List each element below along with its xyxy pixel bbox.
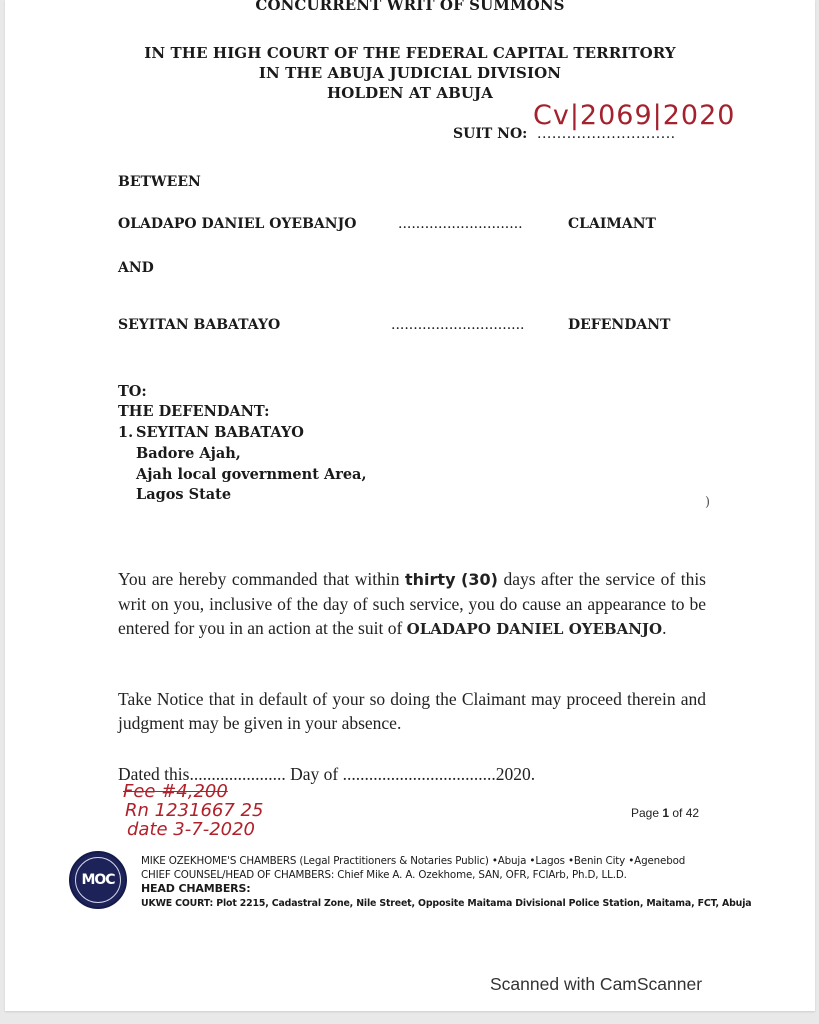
dated-dots-month: ................................... xyxy=(343,764,496,784)
document-page: CONCURRENT WRIT OF SUMMONS IN THE HIGH C… xyxy=(5,0,815,1011)
court-line-1: IN THE HIGH COURT OF THE FEDERAL CAPITAL… xyxy=(5,44,815,62)
address-line-2: Ajah local government Area, xyxy=(136,466,367,483)
stray-pen-mark: ) xyxy=(705,495,710,510)
defendant-role: DEFENDANT xyxy=(568,317,670,333)
defendant-dots: .............................. xyxy=(391,317,525,333)
claimant-role: CLAIMANT xyxy=(568,216,656,232)
to-label: TO: xyxy=(118,383,147,400)
notice-paragraph: Take Notice that in default of your so d… xyxy=(118,687,706,735)
claimant-dots: ............................ xyxy=(398,216,523,232)
command-paragraph: You are hereby commanded that within thi… xyxy=(118,567,706,641)
claimant-name-inline: OLADAPO DANIEL OYEBANJO xyxy=(407,620,662,638)
dated-year: 2020. xyxy=(496,764,535,784)
defendant-heading: THE DEFENDANT: xyxy=(118,403,270,420)
defendant-name: SEYITAN BABATAYO xyxy=(118,317,280,333)
logo-emblem-icon: MOC xyxy=(75,857,121,903)
page-middle: of xyxy=(669,806,686,820)
dated-middle: Day of xyxy=(286,764,343,784)
and-label: AND xyxy=(118,260,154,276)
document-title: CONCURRENT WRIT OF SUMMONS xyxy=(5,0,815,14)
command-text-1: You are hereby commanded that within xyxy=(118,569,405,589)
page-prefix: Page xyxy=(631,806,662,820)
command-text-3: . xyxy=(662,618,666,638)
between-label: BETWEEN xyxy=(118,174,201,190)
page-total: 42 xyxy=(686,806,699,820)
address-line-1: Badore Ajah, xyxy=(136,445,241,462)
letterhead-line-3: HEAD CHAMBERS: xyxy=(141,882,251,895)
suit-no-handwritten: Cv|2069|2020 xyxy=(533,100,735,131)
handwritten-fee: Fee #4,200 xyxy=(123,781,228,802)
address-line-3: Lagos State xyxy=(136,486,231,503)
letterhead-line-1: MIKE OZEKHOME'S CHAMBERS (Legal Practiti… xyxy=(141,855,685,867)
recipient-name: SEYITAN BABATAYO xyxy=(136,424,304,441)
camscanner-watermark: Scanned with CamScanner xyxy=(490,974,702,995)
duration-word: thirty xyxy=(405,570,456,589)
duration-number: (30) xyxy=(461,570,498,589)
handwritten-date: date 3-7-2020 xyxy=(127,819,255,840)
recipient-number: 1. xyxy=(118,424,133,441)
page-indicator: Page 1 of 42 xyxy=(631,806,699,820)
suit-no-label: SUIT NO: xyxy=(453,126,527,142)
handwritten-receipt: Rn 1231667 25 xyxy=(125,800,263,821)
letterhead-line-2: CHIEF COUNSEL/HEAD OF CHAMBERS: Chief Mi… xyxy=(141,869,627,881)
claimant-name: OLADAPO DANIEL OYEBANJO xyxy=(118,216,356,232)
court-line-2: IN THE ABUJA JUDICIAL DIVISION xyxy=(5,64,815,82)
chambers-logo: MOC xyxy=(69,851,127,909)
letterhead-line-4: UKWE COURT: Plot 2215, Cadastral Zone, N… xyxy=(141,898,751,909)
